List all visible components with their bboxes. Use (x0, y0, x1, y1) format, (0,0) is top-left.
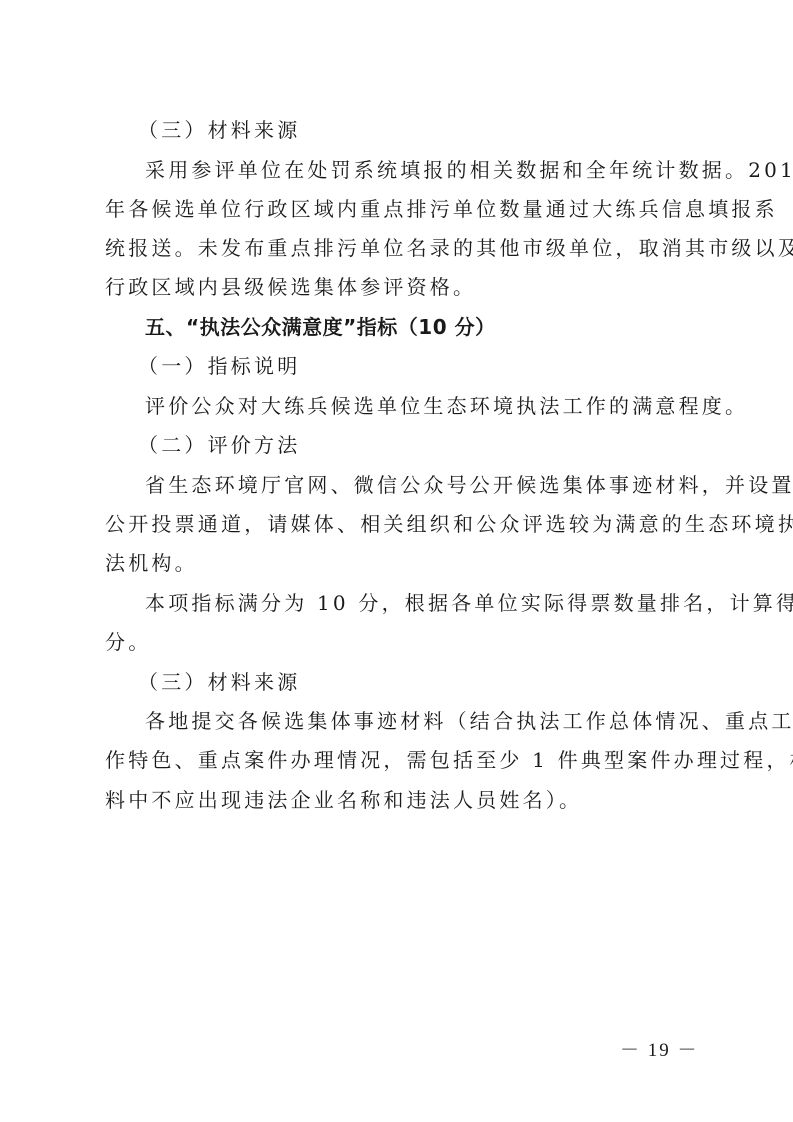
subsection-heading: （三）材料来源 (138, 670, 728, 694)
subsection-heading: （二）评价方法 (138, 433, 728, 457)
paragraph-line: 各地提交各候选集体事迹材料（结合执法工作总体情况、重点工 (145, 709, 735, 733)
document-page: （三）材料来源采用参评单位在处罚系统填报的相关数据和全年统计数据。2019年各候… (0, 0, 793, 1122)
paragraph-line: 统报送。未发布重点排污单位名录的其他市级单位，取消其市级以及 (105, 236, 695, 260)
paragraph-line: 分。 (105, 630, 695, 654)
paragraph-line: 公开投票通道，请媒体、相关组织和公众评选较为满意的生态环境执 (105, 512, 695, 536)
subsection-heading: （一）指标说明 (138, 354, 728, 378)
paragraph-line: 行政区域内县级候选集体参评资格。 (105, 275, 695, 299)
page-number: － 19 － (620, 1035, 699, 1062)
section-heading: 五、“执法公众满意度”指标（10 分） (145, 315, 735, 339)
paragraph-line: 料中不应出现违法企业名称和违法人员姓名）。 (105, 788, 695, 812)
subsection-heading: （三）材料来源 (138, 118, 728, 142)
paragraph-line: 采用参评单位在处罚系统填报的相关数据和全年统计数据。2019 (145, 158, 735, 182)
paragraph-line: 法机构。 (105, 551, 695, 575)
paragraph-line: 省生态环境厅官网、微信公众号公开候选集体事迹材料，并设置 (145, 473, 735, 497)
paragraph-line: 作特色、重点案件办理情况，需包括至少 1 件典型案件办理过程，材 (105, 748, 695, 772)
paragraph-line: 评价公众对大练兵候选单位生态环境执法工作的满意程度。 (145, 394, 735, 418)
paragraph-line: 本项指标满分为 10 分，根据各单位实际得票数量排名，计算得 (145, 591, 735, 615)
paragraph-line: 年各候选单位行政区域内重点排污单位数量通过大练兵信息填报系 (105, 197, 695, 221)
